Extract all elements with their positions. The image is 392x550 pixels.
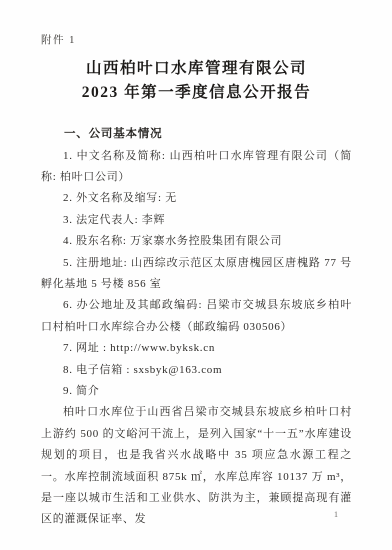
report-title-line2: 2023 年第一季度信息公开报告	[41, 81, 352, 105]
page-number: 1	[334, 510, 338, 519]
body-paragraph: 6. 办公地址及其邮政编码: 吕梁市交城县东坡底乡柏叶口村柏叶口水库综合办公楼（…	[41, 295, 352, 338]
body-paragraph: 3. 法定代表人: 李辉	[41, 210, 352, 231]
body-paragraph: 7. 网址 : http://www.byksk.cn	[41, 338, 352, 359]
body-paragraph: 柏叶口水库位于山西省吕梁市交城县东坡底乡柏叶口村上游约 500 的文峪河干流上，…	[41, 402, 352, 530]
page-content: 附件 1 山西柏叶口水库管理有限公司 2023 年第一季度信息公开报告 一、公司…	[0, 0, 392, 531]
body-paragraph: 9. 简介	[41, 381, 352, 402]
report-title: 山西柏叶口水库管理有限公司 2023 年第一季度信息公开报告	[41, 57, 352, 105]
body-paragraph: 4. 股东名称: 万家寨水务控股集团有限公司	[41, 231, 352, 252]
attachment-label: 附件 1	[41, 34, 352, 48]
document-page: 附件 1 山西柏叶口水库管理有限公司 2023 年第一季度信息公开报告 一、公司…	[0, 0, 392, 550]
section-heading: 一、公司基本情况	[41, 124, 352, 146]
body-paragraph: 1. 中文名称及简称: 山西柏叶口水库管理有限公司（简称: 柏叶口公司）	[41, 146, 352, 189]
body-paragraph: 5. 注册地址: 山西综改示范区太原唐槐园区唐槐路 77 号孵化基地 5 号楼 …	[41, 253, 352, 296]
body-paragraph: 8. 电子信箱 : sxsbyk@163.com	[41, 360, 352, 381]
body-paragraphs: 1. 中文名称及简称: 山西柏叶口水库管理有限公司（简称: 柏叶口公司）2. 外…	[41, 146, 352, 531]
report-title-line1: 山西柏叶口水库管理有限公司	[41, 57, 352, 81]
body-paragraph: 2. 外文名称及缩写: 无	[41, 188, 352, 209]
